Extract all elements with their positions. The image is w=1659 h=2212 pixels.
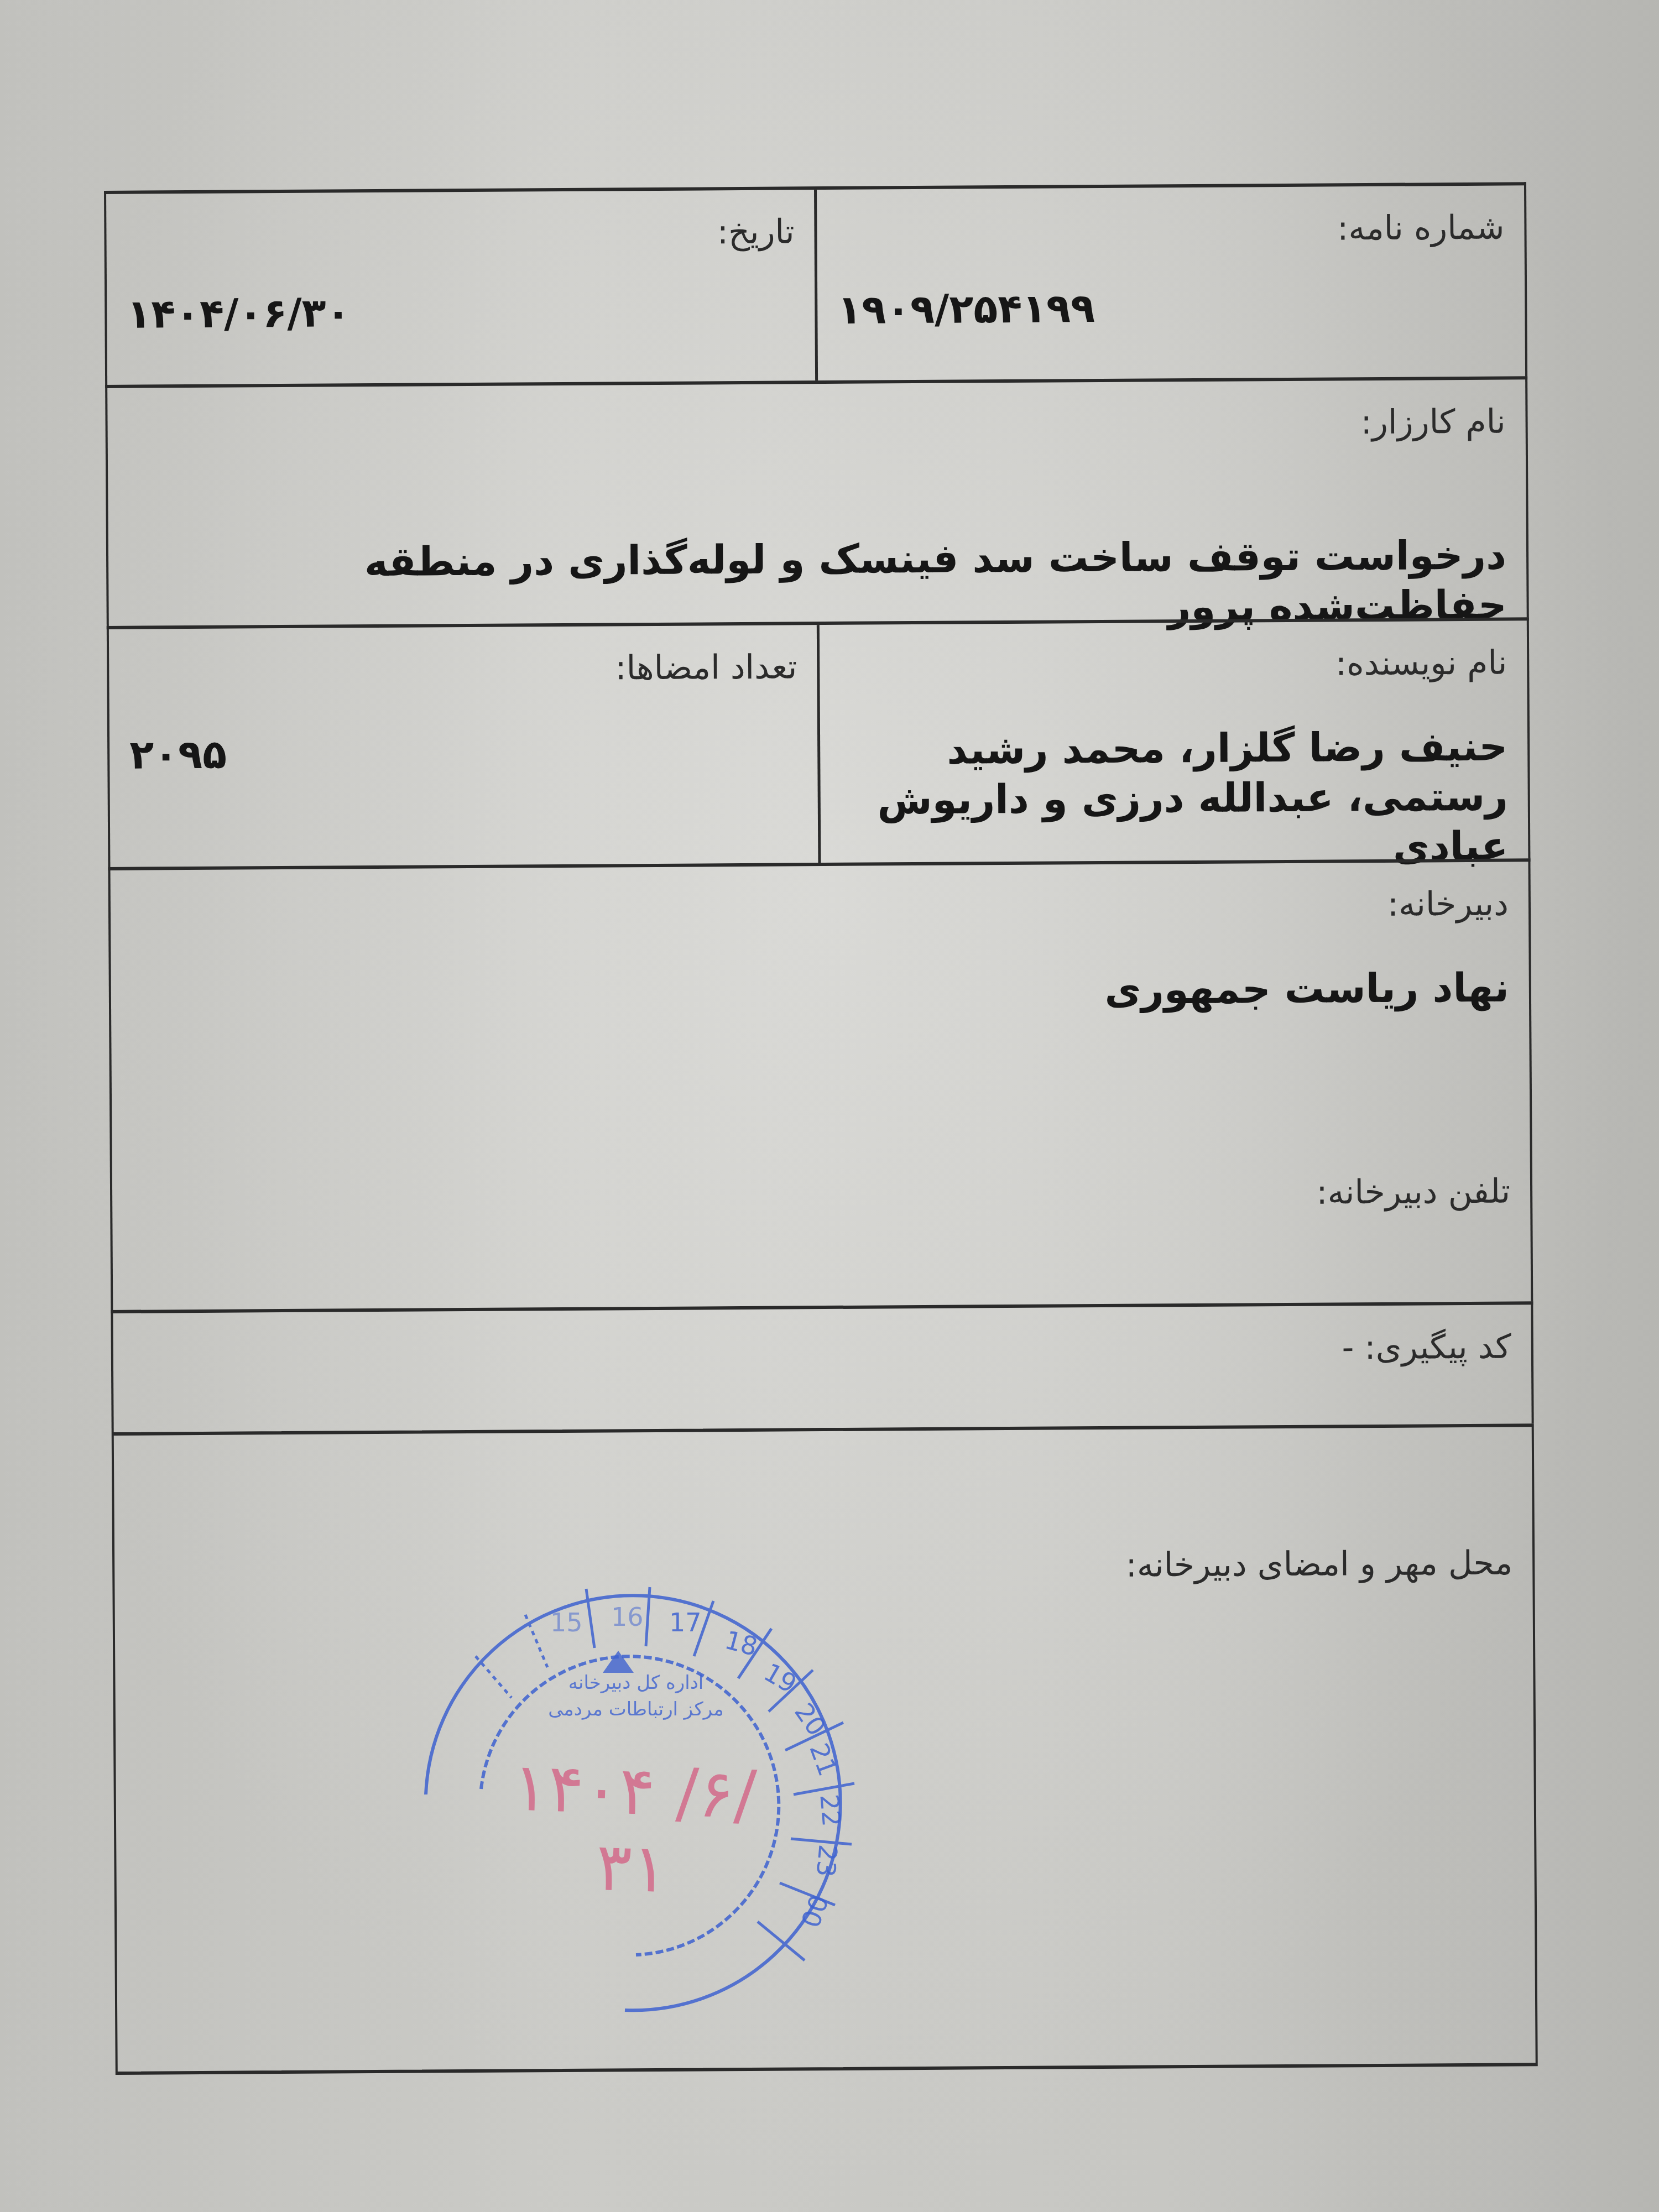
secretariat-phone-label: تلفن دبیرخانه: [1316, 1171, 1510, 1212]
row-letter-date: شماره نامه: ۱۹۰۹/۲۵۴۱۹۹ تاریخ: ۱۴۰۴/۰۶/۳… [104, 182, 1527, 385]
row-campaign: نام کارزار: درخواست توقف ساخت سد فینسک و… [105, 376, 1529, 626]
row-tracking-code: کد پیگیری: - [111, 1301, 1533, 1432]
row-stamp-place: محل مهر و امضای دبیرخانه: [112, 1423, 1538, 2075]
tracking-code-label: کد پیگیری: [1364, 1327, 1511, 1367]
cell-tracking-code: کد پیگیری: - [113, 1305, 1531, 1375]
stamp-office-text: اداره کل دبیرخانه مرکز ارتباطات مردمی [520, 1670, 752, 1723]
tracking-code-value: - [1342, 1328, 1354, 1367]
cell-author-name: نام نویسنده: حنیف رضا گلزار، محمد رشید ر… [817, 620, 1528, 863]
cell-stamp-place: محل مهر و امضای دبیرخانه: [114, 1427, 1533, 1592]
date-label: تاریخ: [126, 212, 794, 255]
cell-signature-count: تعداد امضاها: ۲۰۹۵ [109, 625, 818, 867]
date-value: ۱۴۰۴/۰۶/۳۰ [127, 285, 795, 338]
secretariat-label: دبیرخانه: [131, 884, 1509, 932]
cell-letter-number: شماره نامه: ۱۹۰۹/۲۵۴۱۹۹ [814, 185, 1525, 380]
cell-date: تاریخ: ۱۴۰۴/۰۶/۳۰ [106, 190, 815, 385]
letter-number-label: شماره نامه: [837, 208, 1504, 252]
author-name-label: نام نویسنده: [839, 643, 1507, 687]
stamp-logo-icon [603, 1651, 634, 1673]
stamp-place-label: محل مهر و امضای دبیرخانه: [134, 1543, 1512, 1591]
campaign-name-label: نام کارزار: [127, 402, 1505, 450]
cell-secretariat: دبیرخانه: نهاد ریاست جمهوری تلفن دبیرخان… [111, 862, 1530, 1021]
stamp-office-line2: مرکز ارتباطات مردمی [520, 1697, 752, 1723]
author-name-value: حنیف رضا گلزار، محمد رشید رستمی، عبدالله… [840, 722, 1509, 875]
signature-count-label: تعداد امضاها: [129, 647, 797, 691]
tracking-code-line: کد پیگیری: - [133, 1327, 1511, 1375]
stamp-office-line1: اداره کل دبیرخانه [520, 1670, 752, 1697]
receipt-form: شماره نامه: ۱۹۰۹/۲۵۴۱۹۹ تاریخ: ۱۴۰۴/۰۶/۳… [104, 182, 1538, 2075]
row-author-signatures: نام نویسنده: حنیف رضا گلزار، محمد رشید ر… [107, 617, 1531, 867]
signature-count-value: ۲۰۹۵ [129, 726, 798, 779]
cell-campaign-name: نام کارزار: درخواست توقف ساخت سد فینسک و… [107, 379, 1527, 638]
row-secretariat: دبیرخانه: نهاد ریاست جمهوری تلفن دبیرخان… [108, 858, 1533, 1310]
letter-number-value: ۱۹۰۹/۲۵۴۱۹۹ [837, 281, 1505, 335]
secretariat-value: نهاد ریاست جمهوری [131, 963, 1510, 1021]
stamp-date: ۱۴۰۴ /۶/ ۳۱ [487, 1748, 779, 1912]
